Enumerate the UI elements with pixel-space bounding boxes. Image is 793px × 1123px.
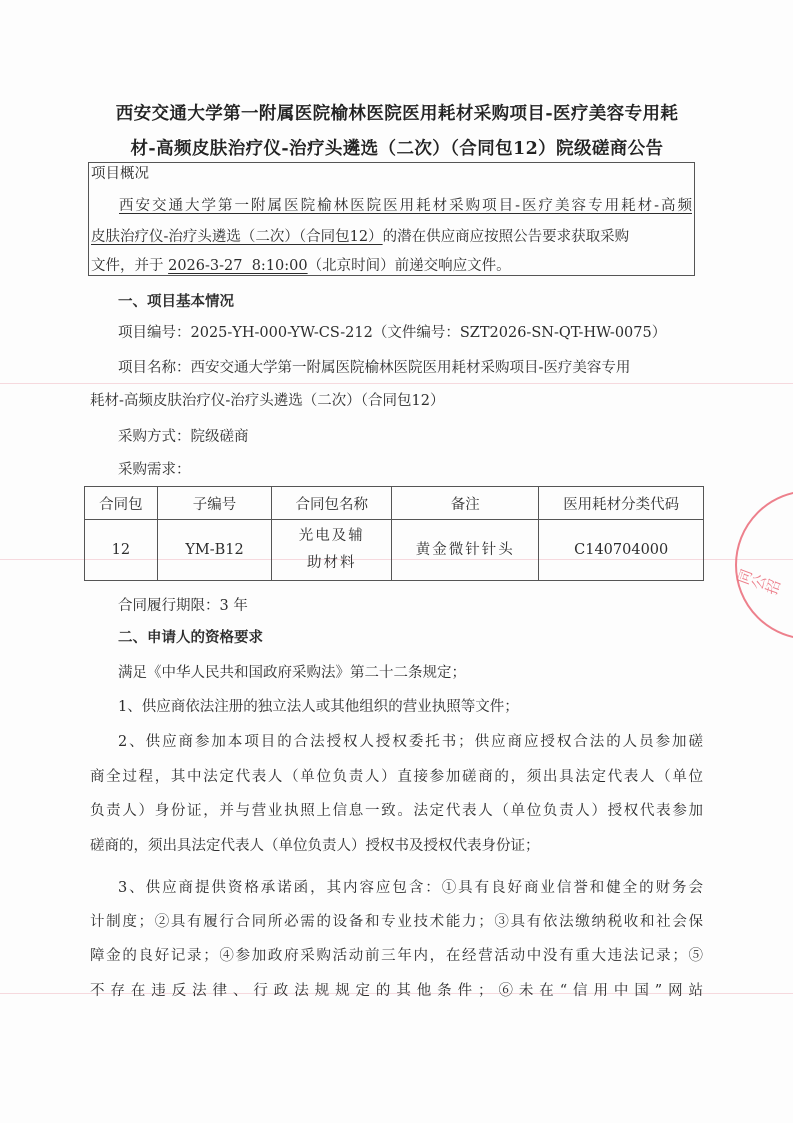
overview-line3-suffix: （北京时间）前递交响应文件。 [308,258,511,274]
cell-classification-code: C140704000 [539,520,704,581]
cell-remarks: 黄金微针针头 [392,520,539,581]
procurement-needs-label: 采购需求： [118,460,191,480]
header-sub-number: 子编号 [157,487,272,520]
header-package-name: 合同包名称 [272,487,392,520]
document-title-line2: 材-高频皮肤治疗仪-治疗头遴选（二次）（合同包12）院级磋商公告 [84,138,710,160]
qualification-item2-line2: 商全过程，其中法定代表人（单位负责人）直接参加磋商的，须出具法定代表人（单位 [90,767,703,787]
table-header-row: 合同包 子编号 合同包名称 备注 医用耗材分类代码 [85,487,704,520]
overview-line1: 西安交通大学第一附属医院榆林医院医用耗材采购项目-医疗美容专用耗材-高频 [119,196,692,216]
qualification-item3-line4: 不存在违反法律、行政法规规定的其他条件；⑥未在“信用中国”网站 [90,981,703,1001]
project-number: 项目编号：2025-YH-000-YW-CS-212（文件编号：SZT2026-… [118,323,666,343]
overview-project-name: 皮肤治疗仪-治疗头遴选（二次）（合同包12） [91,229,383,245]
package-name-text: 光电及辅助材料 [292,523,372,577]
qualification-intro: 满足《中华人民共和国政府采购法》第二十二条规定； [118,663,466,683]
project-name-line2: 耗材-高频皮肤治疗仪-治疗头遴选（二次）（合同包12） [90,391,445,411]
contract-period: 合同履行期限：3 年 [118,596,248,616]
procurement-requirements-table: 合同包 子编号 合同包名称 备注 医用耗材分类代码 12 YM-B12 光电及辅… [84,486,704,581]
project-name-line1: 项目名称：西安交通大学第一附属医院榆林医院医用耗材采购项目-医疗美容专用 [118,358,630,378]
table-row: 12 YM-B12 光电及辅助材料 黄金微针针头 C140704000 [85,520,704,581]
section1-heading: 一、项目基本情况 [118,292,234,312]
overview-line3-prefix: 文件，并于 [91,258,164,274]
cell-contract-package: 12 [85,520,158,581]
procurement-method: 采购方式：院级磋商 [118,427,249,447]
overview-line2: 皮肤治疗仪-治疗头遴选（二次）（合同包12）的潜在供应商应按照公告要求获取采购 [91,227,692,247]
overview-label: 项目概况 [91,164,149,184]
header-contract-package: 合同包 [85,487,158,520]
cell-package-name: 光电及辅助材料 [272,520,392,581]
project-overview-box: 项目概况 西安交通大学第一附属医院榆林医院医用耗材采购项目-医疗美容专用耗材-高… [88,162,695,276]
deadline-datetime: 2026-3-27 8:10:00 [168,258,308,274]
header-remarks: 备注 [392,487,539,520]
qualification-item2-line4: 磋商的，须出具法定代表人（单位负责人）授权书及授权代表身份证； [90,836,540,856]
document-title-line1: 西安交通大学第一附属医院榆林医院医用耗材采购项目-医疗美容专用耗 [84,103,710,125]
qualification-item2-line3: 负责人）身份证，并与营业执照上信息一致。法定代表人（单位负责人）授权代表参加 [90,801,703,821]
overview-line3: 文件，并于 2026-3-27 8:10:00（北京时间）前递交响应文件。 [91,256,511,276]
qualification-item3-line2: 计制度；②具有履行合同所必需的设备和专业技术能力；③具有依法缴纳税收和社会保 [90,912,703,932]
qualification-item3-line3: 障金的良好记录；④参加政府采购活动前三年内，在经营活动中没有重大违法记录；⑤ [90,946,703,966]
qualification-item3-line1: 3、供应商提供资格承诺函，其内容应包含：①具有良好商业信誉和健全的财务会 [118,878,703,898]
scan-artifact-line [0,383,793,384]
header-classification-code: 医用耗材分类代码 [539,487,704,520]
cell-sub-number: YM-B12 [157,520,272,581]
overview-line2-rest: 的潜在供应商应按照公告要求获取采购 [383,229,630,245]
qualification-item2-line1: 2、供应商参加本项目的合法授权人授权委托书；供应商应授权合法的人员参加磋 [118,732,703,752]
section2-heading: 二、申请人的资格要求 [118,628,263,648]
qualification-item1: 1、供应商依法注册的独立法人或其他组织的营业执照等文件； [118,697,519,717]
document-page: 西安交通大学第一附属医院榆林医院医用耗材采购项目-医疗美容专用耗 材-高频皮肤治… [0,0,793,1123]
